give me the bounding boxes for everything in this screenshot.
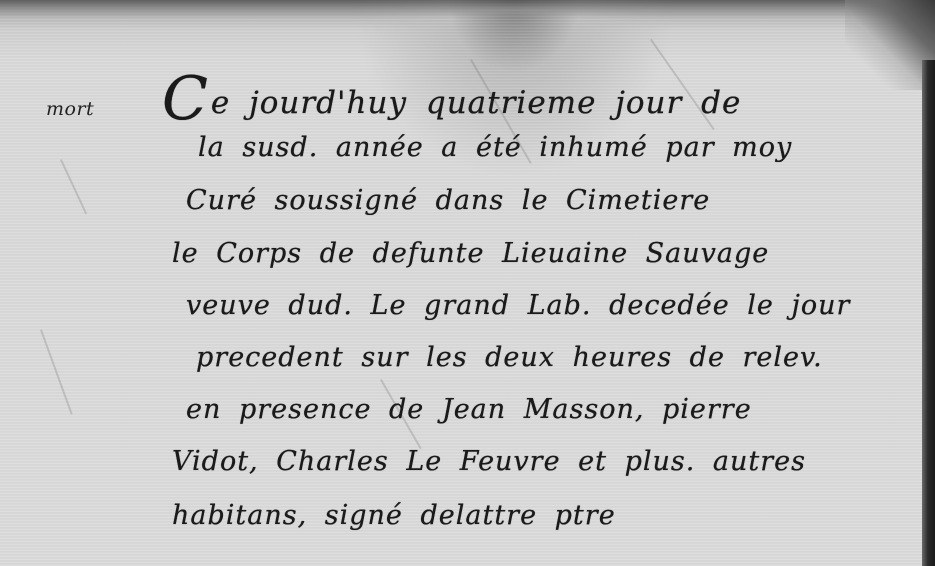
bleed-through-stroke — [40, 329, 73, 414]
scanned-register-page: mort Ce jourd'huy quatrieme jour de la s… — [0, 0, 935, 566]
entry-line-8: Vidot, Charles Le Feuvre et plus. autres — [172, 446, 806, 477]
entry-line-6: precedent sur les deux heures de relev. — [196, 342, 823, 373]
entry-line-7: en presence de Jean Masson, pierre — [186, 394, 752, 425]
page-top-shadow — [0, 0, 935, 18]
entry-line-9: habitans, signé delattre ptre — [172, 500, 616, 531]
entry-line-2: la susd. année a été inhumé par moy — [198, 132, 792, 163]
margin-note: mort — [46, 98, 94, 120]
entry-line-3: Curé soussigné dans le Cimetiere — [186, 185, 710, 216]
entry-line-1: Ce jourd'huy quatrieme jour de — [162, 58, 741, 128]
entry-line-5: veuve dud. Le grand Lab. decedée le jour — [186, 290, 850, 321]
decorated-initial: C — [162, 64, 209, 134]
entry-line-1-text: e jourd'huy quatrieme jour de — [211, 85, 741, 121]
bleed-through-stroke — [60, 159, 87, 214]
entry-line-4: le Corps de defunte Lieuaine Sauvage — [172, 238, 769, 269]
page-binding-edge — [922, 60, 935, 566]
